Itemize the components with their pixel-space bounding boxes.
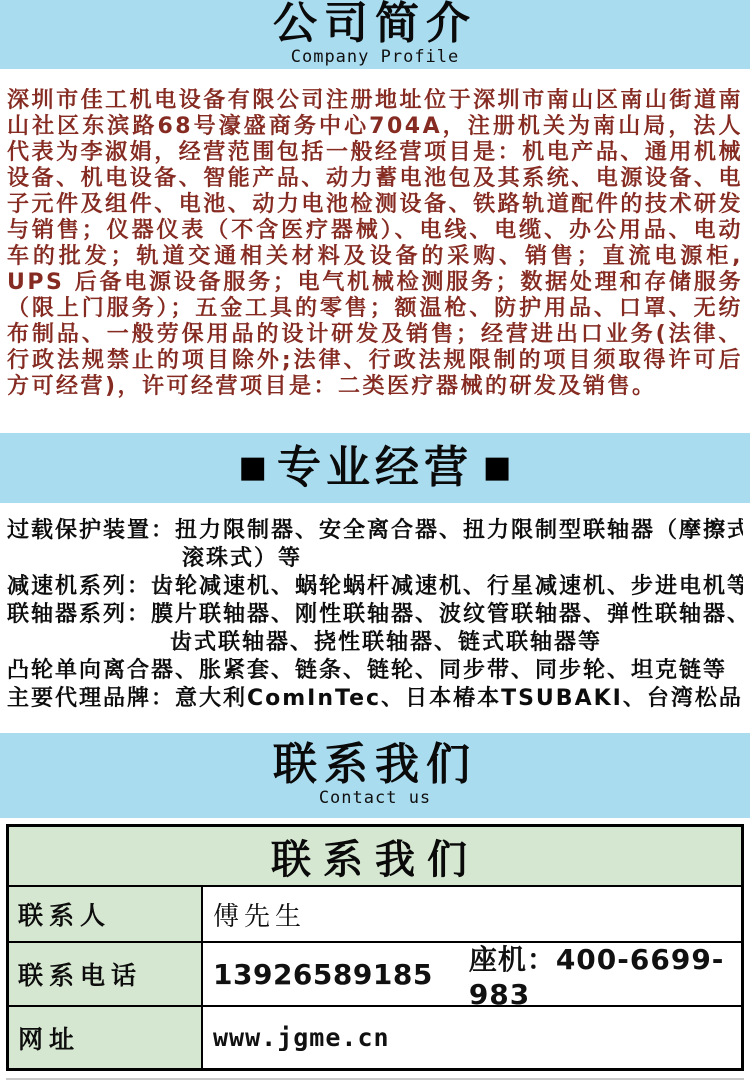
website-value: www.jgme.cn <box>203 1007 741 1068</box>
black-square-left-icon: ■ <box>239 451 267 485</box>
company-description: 深圳市佳工机电设备有限公司注册地址位于深圳市南山区南山街道南山社区东滨路68号濠… <box>0 88 750 400</box>
business-scope-line: 滚珠式）等 <box>7 545 743 573</box>
contact-us-subtitle: Contact us <box>0 788 750 808</box>
landline-number: 座机：400-6699-983 <box>469 938 741 1011</box>
company-profile-title: 公司简介 <box>0 1 750 47</box>
contact-table: 联系我们 联系人 傅先生 联系电话 13926589185 座机：400-669… <box>6 824 744 1071</box>
contact-phone-value: 13926589185 座机：400-6699-983 <box>203 943 741 1005</box>
business-scope-list: 过载保护装置：扭力限制器、安全离合器、扭力限制型联轴器（摩擦式、 滚珠式）等 减… <box>0 517 750 713</box>
company-profile-banner: 公司简介 Company Profile <box>0 0 750 69</box>
contact-phone-label: 联系电话 <box>9 943 203 1005</box>
contact-table-header: 联系我们 <box>9 827 741 887</box>
contact-person-value: 傅先生 <box>203 887 741 941</box>
table-row: 网址 www.jgme.cn <box>9 1007 741 1068</box>
business-scope-line: 减速机系列：齿轮减速机、蜗轮蜗杆减速机、行星减速机、步进电机等 <box>7 573 743 601</box>
professional-operation-title: 专业经营 <box>277 444 473 492</box>
website-url: www.jgme.cn <box>213 1023 390 1052</box>
contact-us-title: 联系我们 <box>0 742 750 788</box>
table-row: 联系电话 13926589185 座机：400-6699-983 <box>9 943 741 1007</box>
table-row: 联系人 傅先生 <box>9 887 741 943</box>
business-scope-line: 联轴器系列：膜片联轴器、刚性联轴器、波纹管联轴器、弹性联轴器、 <box>7 601 743 629</box>
company-profile-subtitle: Company Profile <box>0 47 750 67</box>
business-scope-line: 过载保护装置：扭力限制器、安全离合器、扭力限制型联轴器（摩擦式、 <box>7 517 743 545</box>
website-label: 网址 <box>9 1007 203 1068</box>
mobile-number: 13926589185 <box>213 958 433 991</box>
business-scope-line: 齿式联轴器、挠性联轴器、链式联轴器等 <box>7 629 743 657</box>
bottom-divider <box>6 1078 744 1080</box>
professional-operation-banner: ■ 专业经营 ■ <box>0 433 750 503</box>
contact-us-banner: 联系我们 Contact us <box>0 733 750 818</box>
business-scope-line: 凸轮单向离合器、胀紧套、链条、链轮、同步带、同步轮、坦克链等 <box>7 657 743 685</box>
contact-person-label: 联系人 <box>9 887 203 941</box>
business-scope-line: 主要代理品牌：意大利ComInTec、日本椿本TSUBAKI、台湾松品SPT等 <box>7 685 743 713</box>
black-square-right-icon: ■ <box>483 451 511 485</box>
